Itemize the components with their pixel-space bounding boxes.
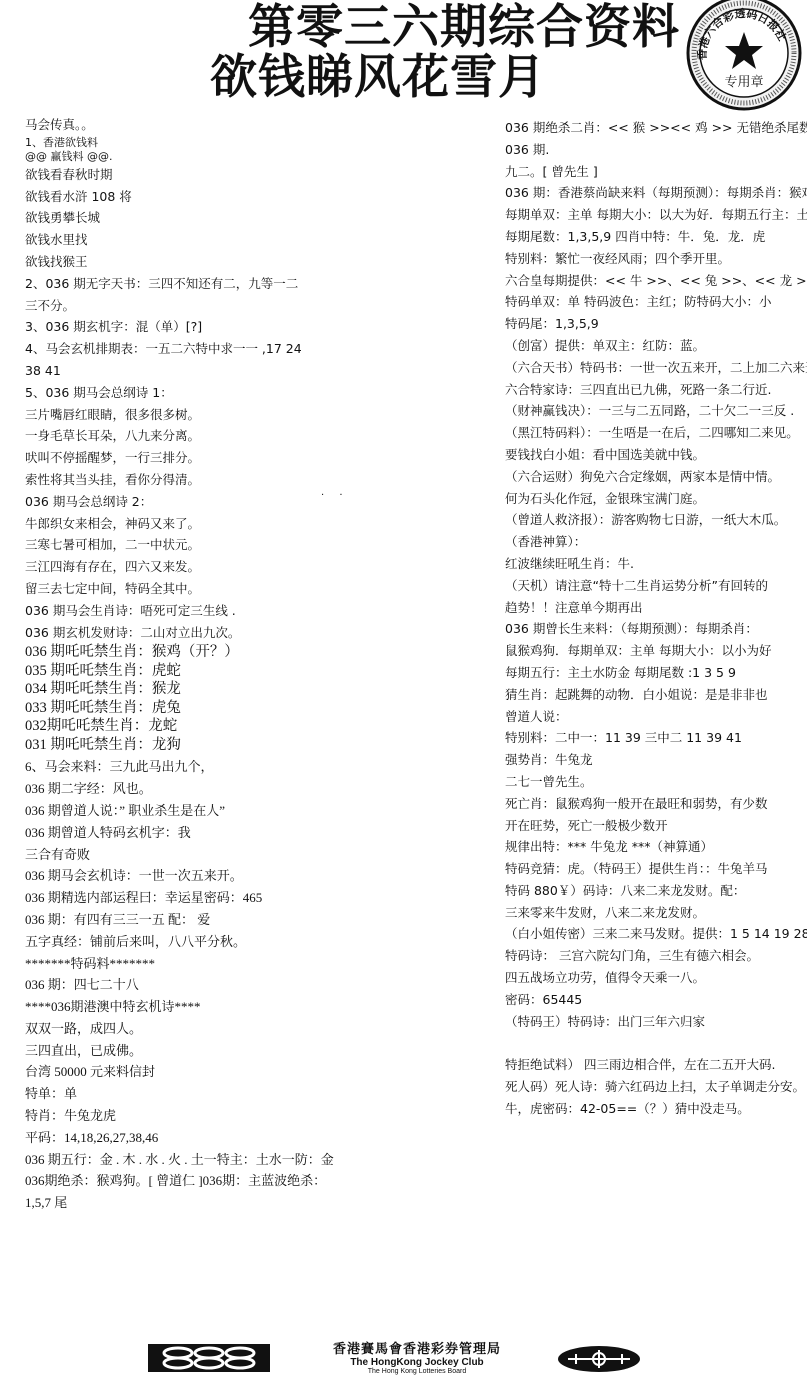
text-line: （六合天书）特码书：一世一次五来开，二上加二六来开， — [505, 357, 807, 379]
text-line: 六合特家诗：三四直出已九佛，死路一条二行近. — [505, 379, 807, 401]
text-line: @@ 赢钱料 @@. — [25, 150, 325, 164]
text-line: 036期绝杀：猴鸡狗。[ 曾道仁 ]036期：主蓝波绝杀： — [25, 1170, 325, 1192]
stray-marks: · · — [321, 490, 349, 501]
text-line: （黑江特码料）：一生唔是一在后，二四哪知二来见。 — [505, 422, 807, 444]
text-line: 牛郎织女来相会，神码又来了。 — [25, 513, 325, 535]
text-line: 欲钱找猴王 — [25, 251, 325, 273]
text-line: 九二。[ 曾先生 ] — [505, 161, 807, 183]
text-line: 031 期吒吒禁生肖：龙狗 — [25, 736, 325, 755]
footer-en-sub: The Hong Kong Lotteries Board — [282, 1368, 552, 1376]
text-line: 曾道人说： — [505, 706, 807, 728]
text-line: 特别料：繁忙一夜经风雨；四个季开里。 — [505, 248, 807, 270]
text-line: 三片嘴唇红眼睛，很多很多树。 — [25, 404, 325, 426]
text-line: 036 期马会生肖诗：唔死可定三生线 . — [25, 600, 325, 622]
text-line: *******特码料******* — [25, 953, 325, 975]
text-line: 双双一路，成四人。 — [25, 1018, 325, 1040]
text-line: 三四直出，已成佛。 — [25, 1040, 325, 1062]
text-line: 强势肖：牛兔龙 — [505, 749, 807, 771]
jockey-club-logo-icon — [148, 1344, 270, 1372]
text-line: （财神赢钱决）：一三与二五同路，二十欠二一三反 . — [505, 400, 807, 422]
text-line: 036 期：四七二十八 — [25, 974, 325, 996]
text-line: 033 期吒吒禁生肖：虎兔 — [25, 699, 325, 718]
right-column: 036 期绝杀二肖：<< 猴 >><< 鸡 >> 无错绝杀尾数 2, 5036 … — [505, 117, 807, 1120]
text-line: 马会传真。。 — [25, 114, 325, 136]
text-line: 每期尾数：1,3,5,9 四肖中特：牛．兔．龙．虎 — [505, 226, 807, 248]
text-line: （香港神算）： — [505, 531, 807, 553]
text-line: 特码尾：1,3,5,9 — [505, 313, 807, 335]
text-line: 036 期二字经：风也。 — [25, 778, 325, 800]
text-line: 四五战场立功劳，值得令天乘一八。 — [505, 967, 807, 989]
forbidden-zodiac-list: 036 期吒吒禁生肖：猴鸡（开？）035 期吒吒禁生肖：虎蛇034 期吒吒禁生肖… — [25, 643, 325, 754]
text-line: 三来零来牛发财，八来二来龙发财。 — [505, 902, 807, 924]
left-lines: 马会传真。。1、香港欲钱料@@ 赢钱料 @@.欲钱看春秋时期欲钱看水浒 108 … — [25, 114, 325, 643]
text-line: 特肖：牛兔龙虎 — [25, 1105, 325, 1127]
text-line: 036 期绝杀二肖：<< 猴 >><< 鸡 >> 无错绝杀尾数 2, 5 — [505, 117, 807, 139]
text-line: 特码诗： 三宫六院勾门角，三生有德六相会。 — [505, 945, 807, 967]
text-line: 1,5,7 尾 — [25, 1192, 325, 1214]
text-line: 索性将其当头挂，看你分得清。 — [25, 469, 325, 491]
text-line: 猜生肖：起跳舞的动物．白小姐说：是是非非也 — [505, 684, 807, 706]
text-line: 留三去七定中间，特码全其中。 — [25, 578, 325, 600]
text-line: 欲钱水里找 — [25, 229, 325, 251]
text-line: 036 期：有四有三三一五 配： 爱 — [25, 909, 325, 931]
text-line: 4、马会玄机排期表：一五二六特中求一一 ,17 24 — [25, 338, 325, 360]
text-line: 五字真经：铺前后来叫，八八平分秋。 — [25, 931, 325, 953]
footer-org-name: 香港賽馬會香港彩券管理局 The HongKong Jockey Club Th… — [282, 1342, 552, 1376]
text-line: 三寒七暑可相加，二一中状元。 — [25, 534, 325, 556]
text-line: （白小姐传密）三来二来马发财。提供：1 5 14 19 28 — [505, 923, 807, 945]
text-line: 每期五行：主土水防金 每期尾数 :1 3 5 9 — [505, 662, 807, 684]
page-title-line2: 欲钱睇风花雪月 — [210, 52, 546, 104]
text-line: 38 41 — [25, 360, 325, 382]
text-line: 034 期吒吒禁生肖：猴龙 — [25, 680, 325, 699]
text-line: 特码竞猜：虎。（特码王）提供生肖：：牛兔羊马 — [505, 858, 807, 880]
text-line: 红波继续旺吼生肖：牛. — [505, 553, 807, 575]
svg-text:专用章: 专用章 — [724, 74, 763, 90]
left-column: 马会传真。。1、香港欲钱料@@ 赢钱料 @@.欲钱看春秋时期欲钱看水浒 108 … — [25, 114, 325, 1214]
text-line: 6、马会来料：三九此马出九个， — [25, 756, 325, 778]
text-line: （天机）请注意“特十二生肖运势分析”有回转的 — [505, 575, 807, 597]
text-line: 一身毛草长耳朵，八九来分离。 — [25, 425, 325, 447]
text-line: （曾道人救济报）：游客购物七日游，一纸大木瓜。 — [505, 509, 807, 531]
text-line: 036 期马会总纲诗 2： — [25, 491, 325, 513]
text-line: 036 期曾道人说：” 职业杀生是在人” — [25, 800, 325, 822]
text-line: 吠叫不停摇醒梦，一行三排分。 — [25, 447, 325, 469]
official-seal: 香港六合彩透码日报社 专用章 — [685, 0, 803, 112]
text-line: 要钱找白小姐：看中国选美就中钱。 — [505, 444, 807, 466]
text-line: 特码单双：单 特码波色：主红；防特码大小：小 — [505, 291, 807, 313]
text-line: 三江四海有存在，四六又来发。 — [25, 556, 325, 578]
text-line: 036 期马会玄机诗：一世一次五来开。 — [25, 865, 325, 887]
text-line: 规律出特：*** 牛兔龙 ***（神算通） — [505, 836, 807, 858]
text-line: 1、香港欲钱料 — [25, 136, 325, 150]
text-line: 二七一曾先生。 — [505, 771, 807, 793]
text-line: 032期吒吒禁生肖：龙蛇 — [25, 717, 325, 736]
text-line: 六合皇每期提供：<< 牛 >>、<< 兔 >>、<< 龙 >> — [505, 270, 807, 292]
text-line: 5、036 期马会总纲诗 1： — [25, 382, 325, 404]
text-line: 036 期曾道人特码玄机字：我 — [25, 822, 325, 844]
text-line: （创富）提供：单双主：红防：蓝。 — [505, 335, 807, 357]
text-line: 036 期五行：金 . 木 . 水 . 火 . 土一特主：土水一防：金 — [25, 1149, 325, 1171]
spacer — [505, 1032, 807, 1054]
text-line: 欲钱看春秋时期 — [25, 164, 325, 186]
text-line: 密码：65445 — [505, 989, 807, 1011]
text-line: 牛，虎密码：42-05==（？）猜中没走马。 — [505, 1098, 807, 1120]
page-title-line1: 第零三六期综合资料 — [248, 0, 680, 56]
text-line: 特拒绝试料） 四三雨边相合伴，左在二五开大码. — [505, 1054, 807, 1076]
text-line: 死亡肖：鼠猴鸡狗一般开在最旺和弱势，有少数 — [505, 793, 807, 815]
text-line: 特单：单 — [25, 1083, 325, 1105]
footer: 香港賽馬會香港彩券管理局 The HongKong Jockey Club Th… — [0, 1330, 807, 1388]
text-line: 鼠猴鸡狗．每期单双：主单 每期大小：以小为好 — [505, 640, 807, 662]
text-line: 036 期. — [505, 139, 807, 161]
text-line: ****036期港澳中特玄机诗**** — [25, 996, 325, 1018]
text-line: 开在旺势，死亡一般极少数开 — [505, 815, 807, 837]
text-line: 每期单双：主单 每期大小：以大为好．每期五行主：土 — [505, 204, 807, 226]
seal-stamp-icon: 香港六合彩透码日报社 专用章 — [685, 0, 803, 112]
text-line: 特别料：二中一：11 39 三中二 11 39 41 — [505, 727, 807, 749]
text-line: 欲钱看水浒 108 将 — [25, 186, 325, 208]
text-line: 趋势！！注意单今期再出 — [505, 597, 807, 619]
text-line: 欲钱勇攀长城 — [25, 207, 325, 229]
text-line: 台湾 50000 元来料信封 — [25, 1061, 325, 1083]
text-line: 死人码）死人诗：骑六红码边上扫，太子单调走分安。 — [505, 1076, 807, 1098]
text-line: 三不分。 — [25, 295, 325, 317]
text-line: 036 期曾长生来料：（每期预测）：每期杀肖： — [505, 618, 807, 640]
text-line: 035 期吒吒禁生肖：虎蛇 — [25, 662, 325, 681]
text-line: 2、036 期无字天书：三四不知还有二，九等一二 — [25, 273, 325, 295]
footer-cn: 香港賽馬會香港彩券管理局 — [282, 1342, 552, 1357]
text-line: 何为石头化作冠，金银珠宝满门庭。 — [505, 488, 807, 510]
text-line: 036 期吒吒禁生肖：猴鸡（开？） — [25, 643, 325, 662]
right-lines-2: 特拒绝试料） 四三雨边相合伴，左在二五开大码.死人码）死人诗：骑六红码边上扫，太… — [505, 1054, 807, 1119]
text-line: （六合运财）狗免六合定缘姻，两家本是情中情。 — [505, 466, 807, 488]
text-line: （特码王）特码诗：出门三年六归家 — [505, 1011, 807, 1033]
left-lines-2: 6、马会来料：三九此马出九个，036 期二字经：风也。036 期曾道人说：” 职… — [25, 756, 325, 1214]
text-line: 036 期精选内部运程曰：幸运星密码：465 — [25, 887, 325, 909]
lotteries-board-logo-icon — [558, 1346, 640, 1372]
text-line: 036 期玄机发财诗：二山对立出九次。 — [25, 622, 325, 644]
text-line: 特码 880￥）码诗：八来二来龙发财。配： — [505, 880, 807, 902]
text-line: 3、036 期玄机字：混（单）[?] — [25, 316, 325, 338]
right-lines: 036 期绝杀二肖：<< 猴 >><< 鸡 >> 无错绝杀尾数 2, 5036 … — [505, 117, 807, 1032]
text-line: 三合有奇败 — [25, 844, 325, 866]
text-line: 036 期：香港蔡尚缺来料（每期预测）：每期杀肖：猴鸡 — [505, 182, 807, 204]
footer-en: The HongKong Jockey Club — [282, 1357, 552, 1368]
text-line: 平码：14,18,26,27,38,46 — [25, 1127, 325, 1149]
